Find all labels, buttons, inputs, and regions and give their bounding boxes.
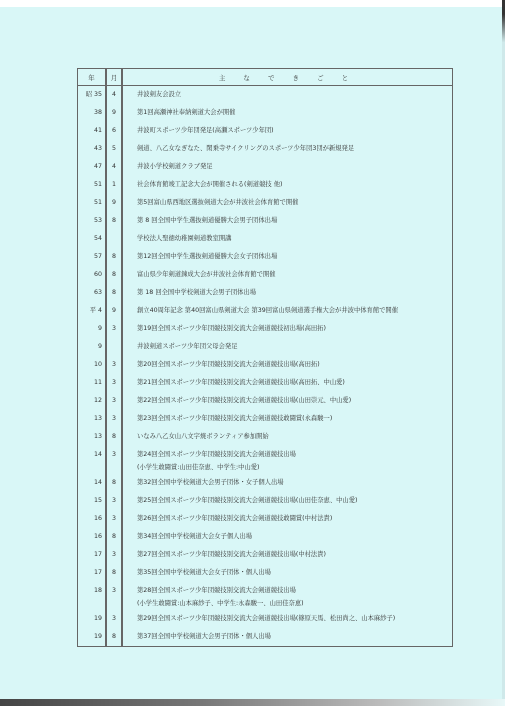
row-event: 社会体育館竣工記念大会が開催される(剣道競技 他) [122,176,453,194]
row-year: 54 [78,230,107,248]
row-year: 19 [78,610,107,628]
event-text: 社会体育館竣工記念大会が開催される(剣道競技 他) [137,181,282,188]
table-row: 538第 8 回全国中学生選抜剣道優勝大会男子団体出場 [78,212,453,230]
row-month: 3 [106,582,122,610]
event-subtext: (小学生敢闘賞:山田佳奈恵、中学生:中山愛) [137,461,452,474]
table-row: 389第1回高瀬神社奉納剣道大会が開催 [78,104,453,122]
event-text: 第24回全国スポーツ少年団競技別交流大会剣道競技出場 [137,448,452,461]
row-event: 第21回全国スポーツ少年団競技別交流大会剣道競技出場(高田拓、中山愛) [122,374,453,392]
table-row: 578第12回全国中学生選抜剣道優勝大会女子団体出場 [78,248,453,266]
row-month: 3 [106,546,122,564]
row-month: 9 [106,302,122,320]
table-row: 133第23回全国スポーツ少年団競技別交流大会剣道競技敢闘賞(永森駿一) [78,410,453,428]
row-month: 3 [106,356,122,374]
row-event: 第25回全国スポーツ少年団競技別交流大会剣道競技出場(山田佳奈恵、中山愛) [122,492,453,510]
row-event: いなみ八乙女山八文字焼ボランティア参加開始 [122,428,453,446]
row-event: 井波剣道スポーツ少年団父母会発足 [122,338,453,356]
event-text: 第20回全国スポーツ少年団競技別交流大会剣道競技出場(高田拓) [137,361,320,368]
row-year: 13 [78,410,107,428]
row-event: 創立40周年記念 第40回富山県剣道大会 第39回富山県剣道選手権大会が井波中体… [122,302,453,320]
event-text: 第26回全国スポーツ少年団競技別交流大会剣道競技敢闘賞(中村法貴) [137,515,332,522]
row-month: 3 [106,510,122,528]
row-month: 8 [106,474,122,492]
event-text: 第 8 回全国中学生選抜剣道優勝大会男子団体出場 [137,217,277,224]
table-row: 平 49創立40周年記念 第40回富山県剣道大会 第39回富山県剣道選手権大会が… [78,302,453,320]
row-year: 9 [78,320,107,338]
row-event: 第32回全国中学校剣道大会男子団体・女子個人出場 [122,474,453,492]
row-year: 60 [78,266,107,284]
event-text: 学校法人聖徳幼稚園剣道教室開講 [137,235,231,242]
row-month: 3 [106,492,122,510]
event-text: 第35回全国中学校剣道大会女子団体・個人出場 [137,569,271,576]
row-year: 12 [78,392,107,410]
table-row: 519第5回富山県西地区選抜剣道大会が井波社会体育館で開催 [78,194,453,212]
event-text: 井波剣道スポーツ少年団父母会発足 [137,343,238,350]
row-year: 57 [78,248,107,266]
table-row: 103第20回全国スポーツ少年団競技別交流大会剣道競技出場(高田拓) [78,356,453,374]
row-event: 第34回全国中学校剣道大会女子個人出場 [122,528,453,546]
row-month: 8 [106,248,122,266]
table-row: 173第27回全国スポーツ少年団競技別交流大会剣道競技出場(中村法貴) [78,546,453,564]
row-event: 第19回全国スポーツ少年団競技別交流大会剣道競技初出場(高田拓) [122,320,453,338]
table-row: 183第28回全国スポーツ少年団競技別交流大会剣道競技出場(小学生敢闘賞:山本麻… [78,582,453,610]
row-year: 51 [78,176,107,194]
event-text: 井波小学校剣道クラブ発足 [137,163,213,170]
row-year: 13 [78,428,107,446]
table-row: 168第34回全国中学校剣道大会女子個人出場 [78,528,453,546]
row-year: 63 [78,284,107,302]
row-year: 41 [78,122,107,140]
table-row: 608富山県少年剣道錬成大会が井波社会体育館で開催 [78,266,453,284]
row-event: 第28回全国スポーツ少年団競技別交流大会剣道競技出場(小学生敢闘賞:山本麻紗子、… [122,582,453,610]
table-header-row: 年 月 主 な で き ご と [78,69,453,86]
event-text: 剣道、八乙女なぎなた、閑乗寺サイクリングのスポーツ少年団3団が新規発足 [137,145,354,152]
row-month: 9 [106,194,122,212]
event-subtext: (小学生敢闘賞:山本麻紗子、中学生:永森駿一、山田佳奈恵) [137,597,452,610]
event-text: いなみ八乙女山八文字焼ボランティア参加開始 [137,433,269,440]
row-event: 第 8 回全国中学生選抜剣道優勝大会男子団体出場 [122,212,453,230]
row-month: 8 [106,266,122,284]
row-event: 富山県少年剣道錬成大会が井波社会体育館で開催 [122,266,453,284]
table-row: 178第35回全国中学校剣道大会女子団体・個人出場 [78,564,453,582]
table-row: 54学校法人聖徳幼稚園剣道教室開講 [78,230,453,248]
row-event: 第20回全国スポーツ少年団競技別交流大会剣道競技出場(高田拓) [122,356,453,374]
event-text: 第12回全国中学生選抜剣道優勝大会女子団体出場 [137,253,277,260]
row-event: 第12回全国中学生選抜剣道優勝大会女子団体出場 [122,248,453,266]
row-month: 5 [106,140,122,158]
row-event: 学校法人聖徳幼稚園剣道教室開講 [122,230,453,248]
row-year: 15 [78,492,107,510]
table-row: 153第25回全国スポーツ少年団競技別交流大会剣道競技出場(山田佳奈恵、中山愛) [78,492,453,510]
row-event: 第22回全国スポーツ少年団競技別交流大会剣道競技出場(山田崇元、中山愛) [122,392,453,410]
event-text: 第37回全国中学校剣道大会男子団体・個人出場 [137,633,271,640]
table-row: 416井波町スポーツ少年団発足(高瀬スポーツ少年団) [78,122,453,140]
event-text: 第27回全国スポーツ少年団競技別交流大会剣道競技出場(中村法貴) [137,551,326,558]
page-edge-shadow [0,699,505,706]
row-month: 8 [106,628,122,647]
row-month: 3 [106,410,122,428]
event-text: 第5回富山県西地区選抜剣道大会が井波社会体育館で開催 [137,199,298,206]
row-event: 第5回富山県西地区選抜剣道大会が井波社会体育館で開催 [122,194,453,212]
row-month: 3 [106,610,122,628]
table-row: 138いなみ八乙女山八文字焼ボランティア参加開始 [78,428,453,446]
row-month: 3 [106,320,122,338]
event-text: 第1回高瀬神社奉納剣道大会が開催 [137,109,235,116]
table-row: 93第19回全国スポーツ少年団競技別交流大会剣道競技初出場(高田拓) [78,320,453,338]
row-event: 第 18 回全国中学校剣道大会男子団体出場 [122,284,453,302]
row-month: 3 [106,392,122,410]
history-table: 年 月 主 な で き ご と 昭 354井波剣友会設立389第1回高瀬神社奉納… [77,68,453,647]
row-event: 第23回全国スポーツ少年団競技別交流大会剣道競技敢闘賞(永森駿一) [122,410,453,428]
table-row: 193第29回全国スポーツ少年団競技別交流大会剣道競技出場(篠原天馬、松田尚之、… [78,610,453,628]
header-year: 年 [78,69,107,86]
row-event: 第24回全国スポーツ少年団競技別交流大会剣道競技出場(小学生敢闘賞:山田佳奈恵、… [122,446,453,474]
row-month: 8 [106,528,122,546]
row-year: 51 [78,194,107,212]
event-text: 井波町スポーツ少年団発足(高瀬スポーツ少年団) [137,127,274,134]
row-year: 17 [78,564,107,582]
event-text: 第19回全国スポーツ少年団競技別交流大会剣道競技初出場(高田拓) [137,325,326,332]
row-year: 14 [78,474,107,492]
row-year: 17 [78,546,107,564]
event-text: 井波剣友会設立 [137,91,181,98]
row-year: 16 [78,528,107,546]
row-month: 8 [106,564,122,582]
row-year: 11 [78,374,107,392]
row-month: 8 [106,212,122,230]
table-row: 9井波剣道スポーツ少年団父母会発足 [78,338,453,356]
row-event: 剣道、八乙女なぎなた、閑乗寺サイクリングのスポーツ少年団3団が新規発足 [122,140,453,158]
row-event: 第27回全国スポーツ少年団競技別交流大会剣道競技出場(中村法貴) [122,546,453,564]
row-month: 8 [106,428,122,446]
row-year: 16 [78,510,107,528]
event-text: 第32回全国中学校剣道大会男子団体・女子個人出場 [137,479,284,486]
event-text: 創立40周年記念 第40回富山県剣道大会 第39回富山県剣道選手権大会が井波中体… [137,307,398,314]
table-row: 113第21回全国スポーツ少年団競技別交流大会剣道競技出場(高田拓、中山愛) [78,374,453,392]
event-text: 第 18 回全国中学校剣道大会男子団体出場 [137,289,256,296]
row-month: 4 [106,86,122,105]
event-text: 第34回全国中学校剣道大会女子個人出場 [137,533,252,540]
table-row: 143第24回全国スポーツ少年団競技別交流大会剣道競技出場(小学生敢闘賞:山田佳… [78,446,453,474]
event-text: 富山県少年剣道錬成大会が井波社会体育館で開催 [137,271,276,278]
row-month: 3 [106,374,122,392]
event-text: 第23回全国スポーツ少年団競技別交流大会剣道競技敢闘賞(永森駿一) [137,415,332,422]
table-body: 昭 354井波剣友会設立389第1回高瀬神社奉納剣道大会が開催416井波町スポー… [78,86,453,647]
row-year: 9 [78,338,107,356]
row-month: 9 [106,104,122,122]
table-row: 123第22回全国スポーツ少年団競技別交流大会剣道競技出場(山田崇元、中山愛) [78,392,453,410]
event-text: 第25回全国スポーツ少年団競技別交流大会剣道競技出場(山田佳奈恵、中山愛) [137,497,357,504]
row-event: 第29回全国スポーツ少年団競技別交流大会剣道競技出場(篠原天馬、松田尚之、山本麻… [122,610,453,628]
row-month: 1 [106,176,122,194]
row-month [106,338,122,356]
event-text: 第22回全国スポーツ少年団競技別交流大会剣道競技出場(山田崇元、中山愛) [137,397,351,404]
event-text: 第28回全国スポーツ少年団競技別交流大会剣道競技出場 [137,584,452,597]
row-event: 井波町スポーツ少年団発足(高瀬スポーツ少年団) [122,122,453,140]
table-row: 163第26回全国スポーツ少年団競技別交流大会剣道競技敢闘賞(中村法貴) [78,510,453,528]
row-event: 第1回高瀬神社奉納剣道大会が開催 [122,104,453,122]
row-month: 6 [106,122,122,140]
event-text: 第29回全国スポーツ少年団競技別交流大会剣道競技出場(篠原天馬、松田尚之、山本麻… [137,615,395,622]
row-year: 平 4 [78,302,107,320]
row-month: 8 [106,284,122,302]
table-row: 435剣道、八乙女なぎなた、閑乗寺サイクリングのスポーツ少年団3団が新規発足 [78,140,453,158]
row-year: 14 [78,446,107,474]
row-year: 18 [78,582,107,610]
row-year: 10 [78,356,107,374]
row-event: 井波小学校剣道クラブ発足 [122,158,453,176]
row-year: 53 [78,212,107,230]
event-text: 第21回全国スポーツ少年団競技別交流大会剣道競技出場(高田拓、中山愛) [137,379,345,386]
row-event: 井波剣友会設立 [122,86,453,105]
row-month [106,230,122,248]
row-event: 第37回全国中学校剣道大会男子団体・個人出場 [122,628,453,647]
row-event: 第26回全国スポーツ少年団競技別交流大会剣道競技敢闘賞(中村法貴) [122,510,453,528]
row-year: 43 [78,140,107,158]
table-row: 198第37回全国中学校剣道大会男子団体・個人出場 [78,628,453,647]
table-row: 638第 18 回全国中学校剣道大会男子団体出場 [78,284,453,302]
row-year: 47 [78,158,107,176]
table-row: 474井波小学校剣道クラブ発足 [78,158,453,176]
row-month: 4 [106,158,122,176]
table-row: 148第32回全国中学校剣道大会男子団体・女子個人出場 [78,474,453,492]
row-year: 昭 35 [78,86,107,105]
header-event: 主 な で き ご と [122,69,453,86]
row-event: 第35回全国中学校剣道大会女子団体・個人出場 [122,564,453,582]
row-year: 19 [78,628,107,647]
row-year: 38 [78,104,107,122]
row-month: 3 [106,446,122,474]
table-row: 昭 354井波剣友会設立 [78,86,453,105]
header-month: 月 [106,69,122,86]
table-row: 511社会体育館竣工記念大会が開催される(剣道競技 他) [78,176,453,194]
